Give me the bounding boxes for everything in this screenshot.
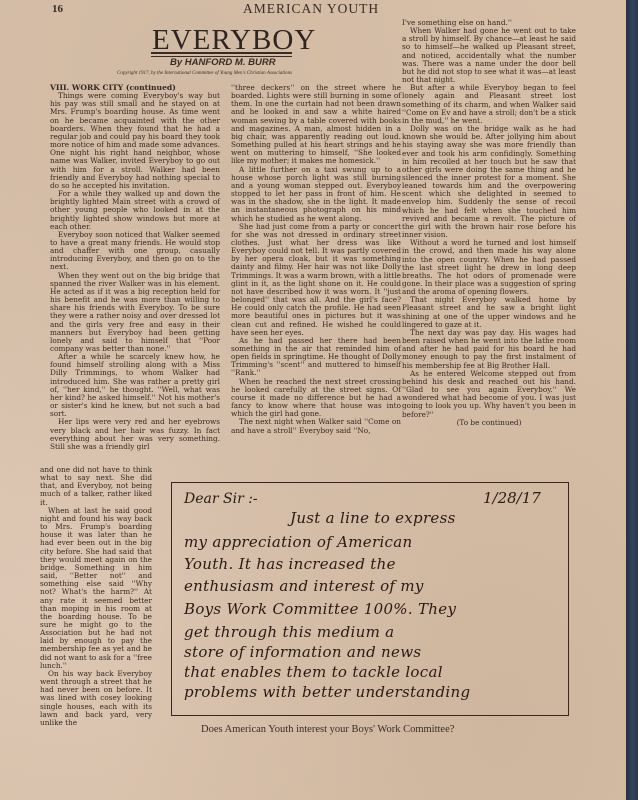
paragraph: When he reached the next street crossing… bbox=[231, 378, 401, 419]
letter-line: my appreciation of American bbox=[184, 533, 412, 551]
letter-line: Youth. It has increased the bbox=[184, 555, 396, 573]
paragraph: After a while he scarcely knew how, he f… bbox=[50, 353, 220, 418]
column-1: VIII. WORK CITY (continued) Things were … bbox=[50, 84, 220, 451]
paragraph: That night Everyboy walked home by Pleas… bbox=[402, 296, 576, 329]
letter-line: Just a line to express bbox=[290, 509, 456, 527]
paragraph: As he had passed her there had been some… bbox=[231, 337, 401, 378]
column-2: ''three deckers'' on the street where he… bbox=[231, 84, 401, 435]
copyright-notice: Copyright 1917, by the International Com… bbox=[117, 71, 292, 76]
to-be-continued: (To be continued) bbox=[402, 419, 576, 427]
paragraph: A little further on a taxi swung up to a… bbox=[231, 166, 401, 223]
page-number: 16 bbox=[52, 3, 63, 15]
paragraph: Things were coming Everyboy's way but hi… bbox=[50, 92, 220, 190]
paragraph: and one did not have to think what to sa… bbox=[40, 466, 152, 507]
paragraph: But after a while Everyboy began to feel… bbox=[402, 84, 576, 125]
magazine-page: 16 AMERICAN YOUTH EVERYBOY By HANFORD M.… bbox=[0, 0, 626, 800]
letter-line: that enables them to tackle local bbox=[184, 663, 443, 681]
handwritten-letter-box: Dear Sir :- 1/28/17 Just a line to expre… bbox=[171, 482, 569, 716]
column-1-narrow: and one did not have to think what to sa… bbox=[40, 466, 152, 727]
letter-line: enthusiasm and interest of my bbox=[184, 577, 424, 595]
paragraph: The next night when Walker said ''Come o… bbox=[231, 418, 401, 434]
letter-line: problems with better understanding bbox=[184, 683, 470, 701]
paragraph: When they went out on the big bridge tha… bbox=[50, 272, 220, 354]
paragraph: Without a word he turned and lost himsel… bbox=[402, 239, 576, 296]
paragraph: Her lips were very red and her eyebrows … bbox=[50, 418, 220, 451]
letter-date: 1/28/17 bbox=[483, 489, 541, 507]
paragraph: She had just come from a party or concer… bbox=[231, 223, 401, 337]
paragraph: Dolly was on the bridge walk as he had k… bbox=[402, 125, 576, 239]
paragraph: As he entered Welcome stepped out from b… bbox=[402, 370, 576, 419]
paragraph: For a while they walked up and down the … bbox=[50, 190, 220, 231]
letter-line: Boys Work Committee 100%. They bbox=[184, 600, 456, 618]
background-surface bbox=[624, 0, 638, 800]
paragraph: The next day was pay day. His wages had … bbox=[402, 329, 576, 370]
letter-caption: Does American Youth interest your Boys' … bbox=[201, 724, 454, 735]
paragraph: On his way back Everyboy went through a … bbox=[40, 670, 152, 727]
paragraph: Everyboy soon noticed that Walker seemed… bbox=[50, 231, 220, 272]
paragraph: ''three deckers'' on the street where he… bbox=[231, 84, 401, 166]
paragraph: When Walker had gone he went out to take… bbox=[402, 27, 576, 84]
paragraph: When at last he said good night and foun… bbox=[40, 507, 152, 670]
byline: By HANFORD M. BURR bbox=[170, 57, 276, 68]
column-3: I've something else on hand.'' When Walk… bbox=[402, 19, 576, 427]
letter-line: get through this medium a bbox=[184, 623, 394, 641]
letter-salutation: Dear Sir :- bbox=[184, 491, 258, 507]
running-head: AMERICAN YOUTH bbox=[243, 1, 379, 17]
letter-line: store of information and news bbox=[184, 643, 421, 661]
